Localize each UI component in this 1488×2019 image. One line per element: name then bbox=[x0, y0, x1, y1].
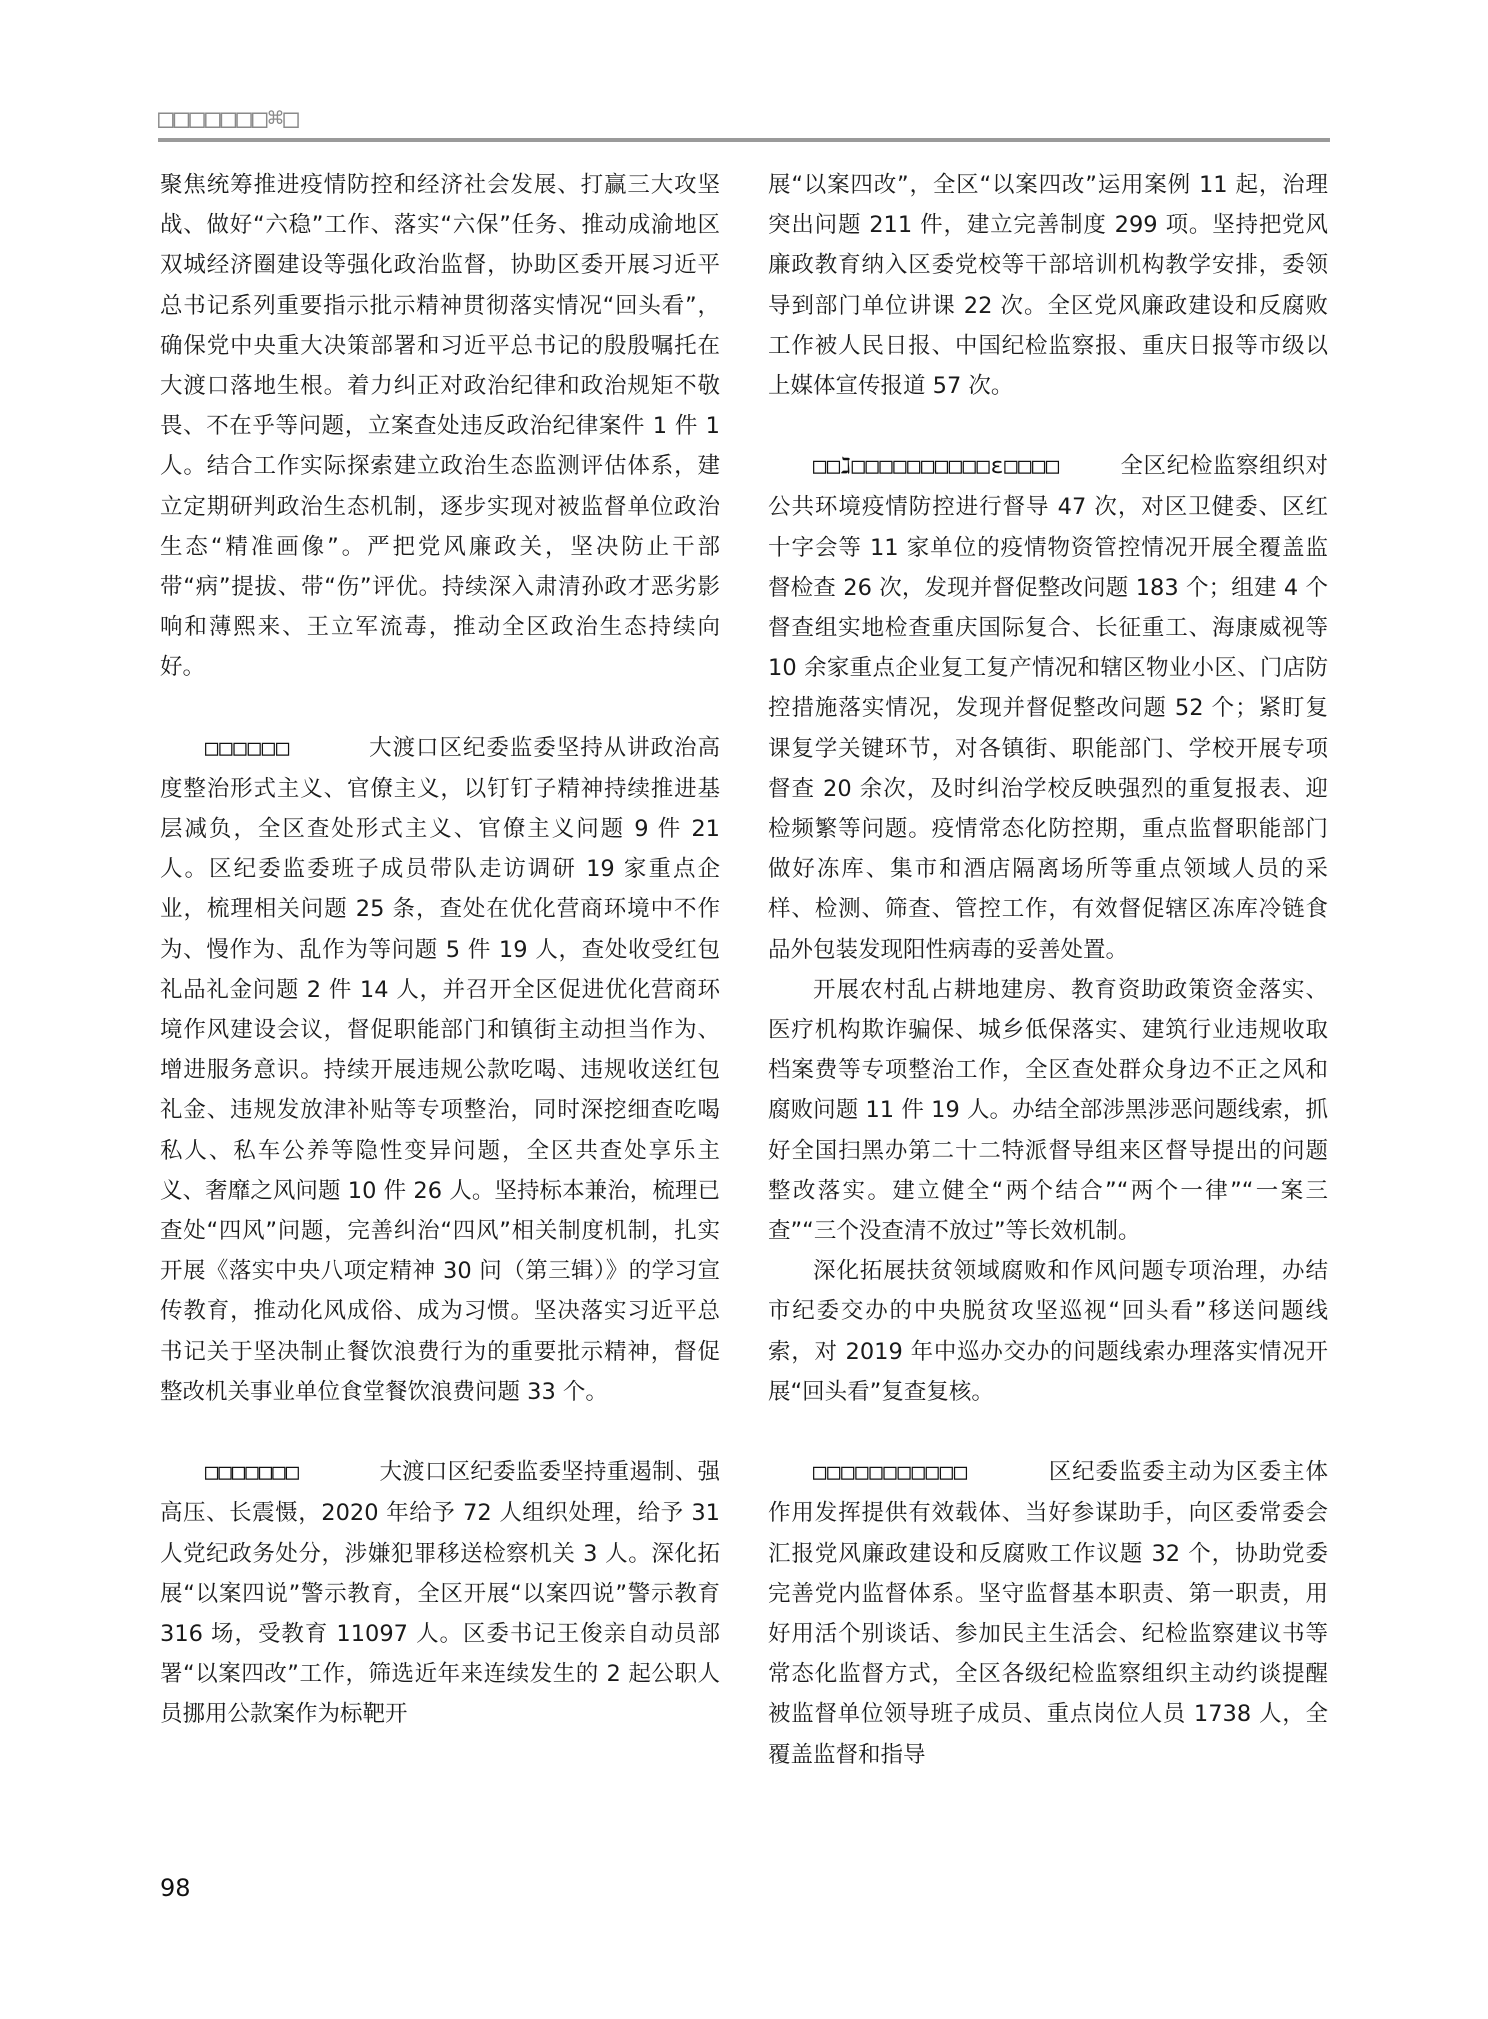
right-column: 展“以案四改”，全区“以案四改”运用案例 11 起，治理突出问题 211 件，建… bbox=[768, 165, 1328, 1775]
paragraph-text: 区纪委监委主动为区委主体作用发挥提供有效载体、当好参谋助手，向区委常委会汇报党风… bbox=[768, 1459, 1328, 1767]
paragraph-text: 全区纪检监察组织对公共环境疫情防控进行督导 47 次，对区卫健委、区红十字会等 … bbox=[768, 453, 1328, 962]
running-header-title: □□□□□□□⌘□ bbox=[158, 104, 299, 134]
section-heading: □□ℷ□□□□□□□□□□ɛ□□□□ bbox=[813, 454, 1060, 479]
page-number: 98 bbox=[160, 1873, 191, 1903]
paragraph-text: 聚焦统筹推进疫情防控和经济社会发展、打赢三大攻坚战、做好“六稳”工作、落实“六保… bbox=[160, 172, 720, 680]
paragraph: 开展农村乱占耕地建房、教育资助政策资金落实、医疗机构欺诈骗保、城乡低保落实、建筑… bbox=[768, 970, 1328, 1251]
paragraph-gap bbox=[160, 1412, 720, 1452]
paragraph-gap bbox=[768, 1412, 1328, 1452]
paragraph: □□ℷ□□□□□□□□□□ɛ□□□□全区纪检监察组织对公共环境疫情防控进行督导 … bbox=[768, 446, 1328, 970]
section-heading: □□□□□□ bbox=[205, 736, 290, 761]
paragraph: 聚焦统筹推进疫情防控和经济社会发展、打赢三大攻坚战、做好“六稳”工作、落实“六保… bbox=[160, 165, 720, 688]
paragraph-gap bbox=[160, 688, 720, 728]
paragraph: □□□□□□大渡口区纪委监委坚持从讲政治高度整治形式主义、官僚主义，以钉钉子精神… bbox=[160, 728, 720, 1412]
paragraph-text: 展“以案四改”，全区“以案四改”运用案例 11 起，治理突出问题 211 件，建… bbox=[768, 172, 1328, 399]
paragraph: 深化拓展扶贫领域腐败和作风问题专项治理，办结市纪委交办的中央脱贫攻坚巡视“回头看… bbox=[768, 1251, 1328, 1412]
paragraph-text: 大渡口区纪委监委坚持重遏制、强高压、长震慑，2020 年给予 72 人组织处理，… bbox=[160, 1459, 720, 1727]
section-heading: □□□□□□□□□□□ bbox=[813, 1460, 968, 1485]
paragraph: 展“以案四改”，全区“以案四改”运用案例 11 起，治理突出问题 211 件，建… bbox=[768, 165, 1328, 406]
paragraph-text: 开展农村乱占耕地建房、教育资助政策资金落实、医疗机构欺诈骗保、城乡低保落实、建筑… bbox=[768, 977, 1328, 1244]
left-column: 聚焦统筹推进疫情防控和经济社会发展、打赢三大攻坚战、做好“六稳”工作、落实“六保… bbox=[160, 165, 720, 1735]
paragraph-gap bbox=[768, 406, 1328, 446]
paragraph: □□□□□□□□□□□区纪委监委主动为区委主体作用发挥提供有效载体、当好参谋助手… bbox=[768, 1452, 1328, 1775]
paragraph: □□□□□□□大渡口区纪委监委坚持重遏制、强高压、长震慑，2020 年给予 72… bbox=[160, 1452, 720, 1734]
section-heading: □□□□□□□ bbox=[205, 1460, 299, 1485]
header-rule bbox=[158, 138, 1330, 142]
paragraph-text: 大渡口区纪委监委坚持从讲政治高度整治形式主义、官僚主义，以钉钉子精神持续推进基层… bbox=[160, 735, 720, 1405]
paragraph-text: 深化拓展扶贫领域腐败和作风问题专项治理，办结市纪委交办的中央脱贫攻坚巡视“回头看… bbox=[768, 1258, 1328, 1405]
